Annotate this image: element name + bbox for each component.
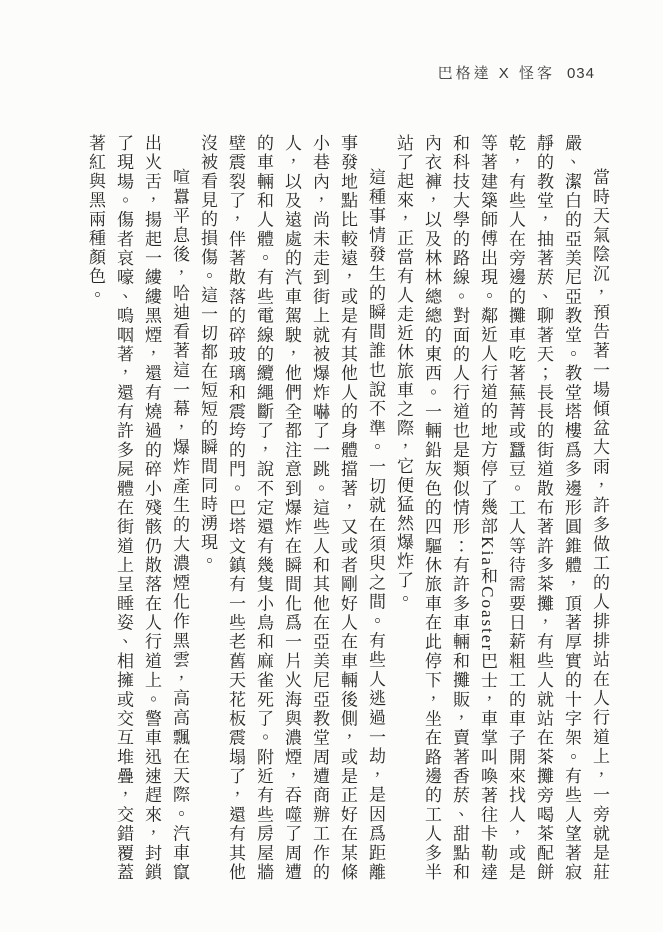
page-number: 034 [567, 65, 595, 82]
paragraph-1: 當時天氣陰沉，預告著一場傾盆大雨，許多做工的人排排站在人行道上，一旁就是莊嚴、潔… [389, 134, 613, 882]
paragraph-2: 這種事情發生的瞬間誰也說不準。一切就在須臾之間。有些人逃過一劫，是因爲距離事發地… [193, 134, 389, 882]
book-page: 巴格達 X 怪客 034 當時天氣陰沉，預告著一場傾盆大雨，許多做工的人排排站在… [0, 0, 663, 932]
running-header: 巴格達 X 怪客 034 [438, 62, 595, 83]
body-text-block: 當時天氣陰沉，預告著一場傾盆大雨，許多做工的人排排站在人行道上，一旁就是莊嚴、潔… [68, 134, 613, 882]
paragraph-3: 喧囂平息後，哈迪看著這一幕，爆炸產生的大濃煙化作黑雲，高高飄在天際。汽車竄出火舌… [81, 134, 193, 882]
running-title: 巴格達 X 怪客 [438, 62, 555, 83]
